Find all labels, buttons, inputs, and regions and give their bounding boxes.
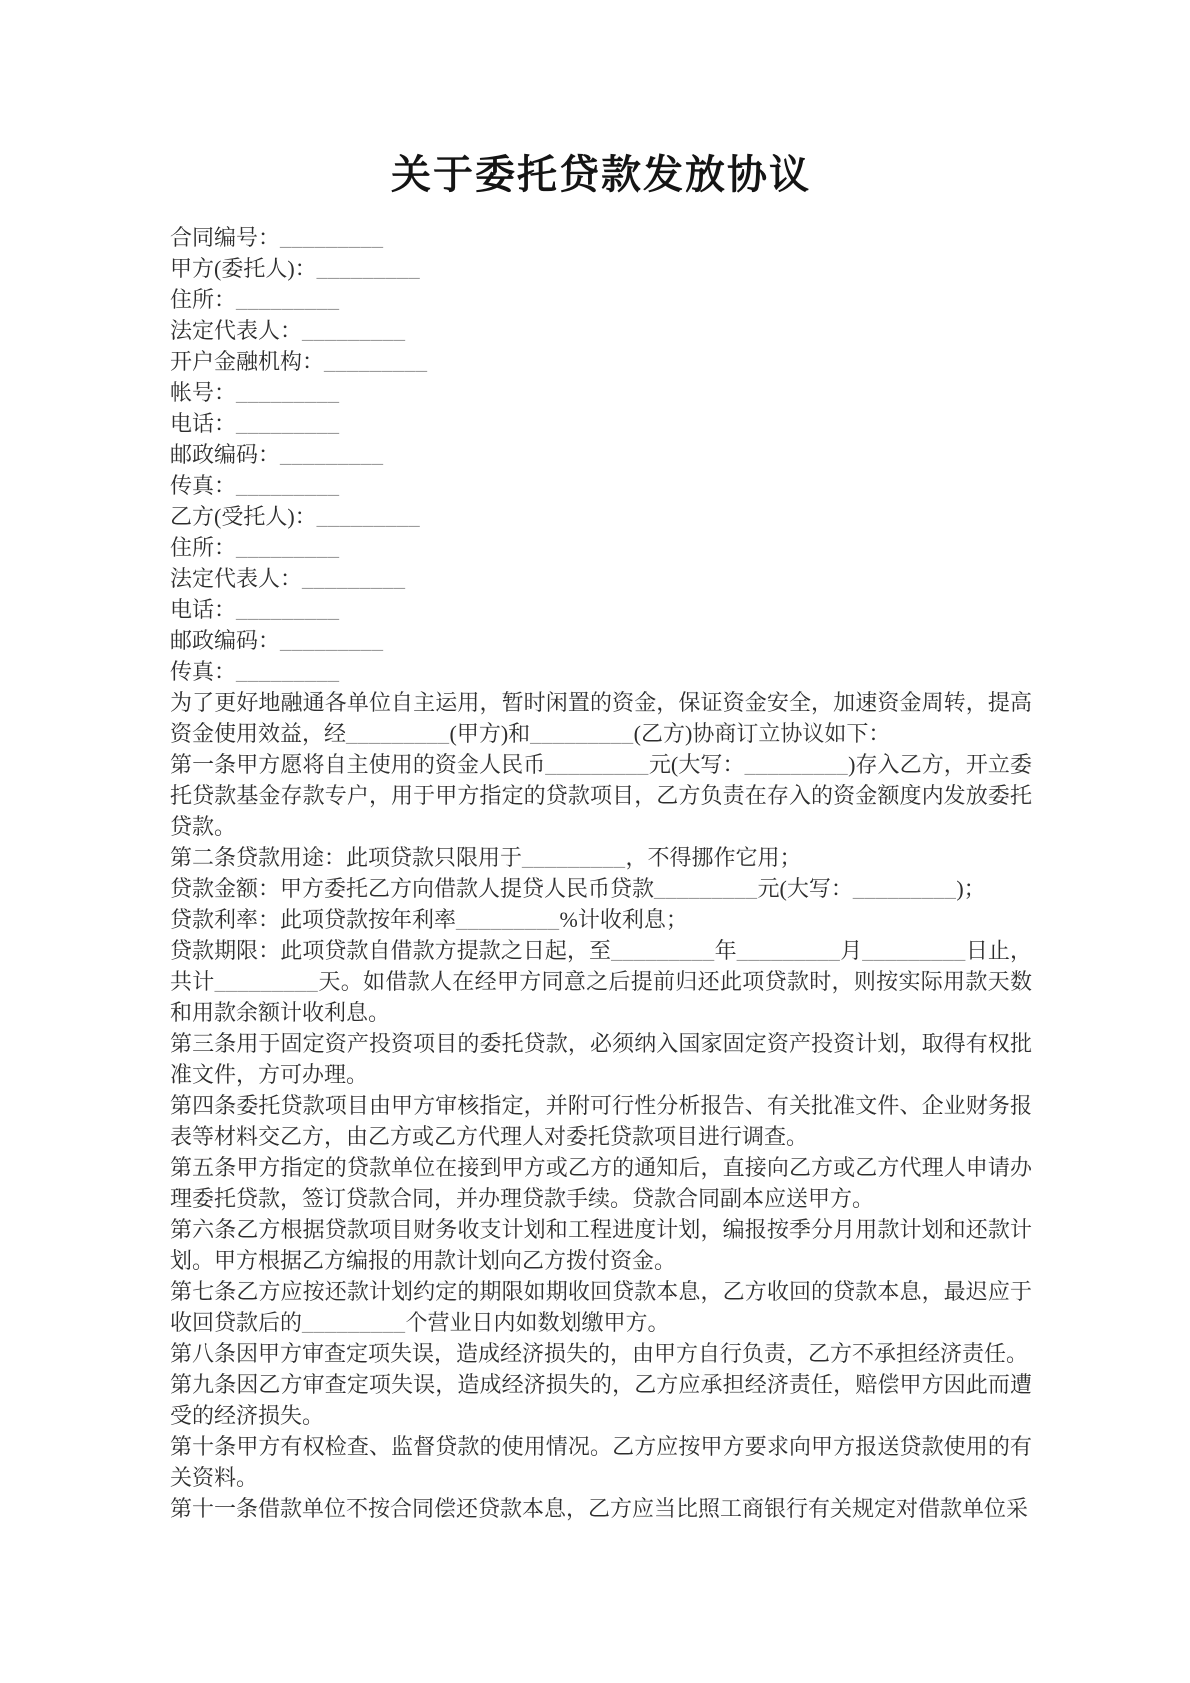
paragraphs-section: 为了更好地融通各单位自主运用，暂时闲置的资金，保证资金安全，加速资金周转，提高资… — [170, 687, 1032, 1524]
field-line: 法定代表人：_________ — [170, 563, 1032, 594]
field-label: 邮政编码： — [170, 628, 280, 653]
blank-line: _________ — [745, 752, 849, 777]
blank-line: _________ — [611, 938, 715, 963]
field-label: 住所： — [170, 535, 236, 560]
field-label: 法定代表人： — [170, 566, 302, 591]
blank-line: _________ — [654, 876, 758, 901]
paragraph-text: 第八条因甲方审查定项失误，造成经济损失的，由甲方自行负责，乙方不承担经济责任。 — [170, 1341, 1028, 1366]
paragraph: 第一条甲方愿将自主使用的资金人民币_________元(大写：_________… — [170, 749, 1032, 842]
blank-line: _________ — [280, 442, 384, 467]
paragraph: 为了更好地融通各单位自主运用，暂时闲置的资金，保证资金安全，加速资金周转，提高资… — [170, 687, 1032, 749]
field-label: 开户金融机构： — [170, 349, 324, 374]
field-label: 法定代表人： — [170, 318, 302, 343]
field-line: 住所：_________ — [170, 532, 1032, 563]
blank-line: _________ — [737, 938, 841, 963]
paragraph-text: 第五条甲方指定的贷款单位在接到甲方或乙方的通知后，直接向乙方或乙方代理人申请办理… — [170, 1155, 1032, 1211]
blank-line: _________ — [280, 628, 384, 653]
paragraph-text: 个营业日内如数划缴甲方。 — [406, 1310, 670, 1335]
blank-line: _________ — [215, 969, 319, 994]
document-title: 关于委托贷款发放协议 — [170, 150, 1032, 200]
field-label: 合同编号： — [170, 225, 280, 250]
document-content: 关于委托贷款发放协议 合同编号：_________甲方(委托人)：_______… — [0, 0, 1190, 1524]
paragraph-text: 第三条用于固定资产投资项目的委托贷款，必须纳入国家固定资产投资计划，取得有权批准… — [170, 1031, 1032, 1087]
blank-line: _________ — [236, 380, 340, 405]
blank-line: _________ — [236, 659, 340, 684]
paragraph: 第三条用于固定资产投资项目的委托贷款，必须纳入国家固定资产投资计划，取得有权批准… — [170, 1028, 1032, 1090]
field-label: 乙方(受托人)： — [170, 504, 317, 529]
paragraph-text: (乙方)协商订立协议如下： — [634, 721, 891, 746]
field-line: 邮政编码：_________ — [170, 625, 1032, 656]
field-label: 邮政编码： — [170, 442, 280, 467]
field-line: 传真：_________ — [170, 656, 1032, 687]
blank-line: _________ — [236, 411, 340, 436]
paragraph-text: 第二条贷款用途：此项贷款只限用于 — [170, 845, 522, 870]
field-label: 传真： — [170, 473, 236, 498]
blank-line: _________ — [317, 256, 421, 281]
blank-line: _________ — [302, 1310, 406, 1335]
field-line: 法定代表人：_________ — [170, 315, 1032, 346]
paragraph: 贷款金额：甲方委托乙方向借款人提贷人民币贷款_________元(大写：____… — [170, 873, 1032, 904]
paragraph-text: 年 — [715, 938, 737, 963]
field-label: 传真： — [170, 659, 236, 684]
field-line: 甲方(委托人)：_________ — [170, 253, 1032, 284]
field-line: 开户金融机构：_________ — [170, 346, 1032, 377]
paragraph-text: 元(大写： — [758, 876, 853, 901]
blank-line: _________ — [236, 597, 340, 622]
paragraph: 贷款期限：此项贷款自借款方提款之日起，至_________年_________月… — [170, 935, 1032, 1028]
paragraph-text: (甲方)和 — [450, 721, 531, 746]
paragraph-text: )； — [956, 876, 985, 901]
paragraph: 第七条乙方应按还款计划约定的期限如期收回贷款本息，乙方收回的贷款本息，最迟应于收… — [170, 1276, 1032, 1338]
field-line: 乙方(受托人)：_________ — [170, 501, 1032, 532]
fields-section: 合同编号：_________甲方(委托人)：_________住所：______… — [170, 222, 1032, 687]
paragraph: 第八条因甲方审查定项失误，造成经济损失的，由甲方自行负责，乙方不承担经济责任。 — [170, 1338, 1032, 1369]
field-label: 住所： — [170, 287, 236, 312]
paragraph-text: %计收利息； — [560, 907, 688, 932]
paragraph-text: 第九条因乙方审查定项失误，造成经济损失的，乙方应承担经济责任，赔偿甲方因此而遭受… — [170, 1372, 1032, 1428]
field-line: 住所：_________ — [170, 284, 1032, 315]
paragraph-text: 第一条甲方愿将自主使用的资金人民币 — [170, 752, 545, 777]
paragraph-text: 贷款金额：甲方委托乙方向借款人提贷人民币贷款 — [170, 876, 654, 901]
blank-line: _________ — [280, 225, 384, 250]
blank-line: _________ — [236, 473, 340, 498]
paragraph: 第九条因乙方审查定项失误，造成经济损失的，乙方应承担经济责任，赔偿甲方因此而遭受… — [170, 1369, 1032, 1431]
field-line: 电话：_________ — [170, 408, 1032, 439]
blank-line: _________ — [236, 535, 340, 560]
blank-line: _________ — [302, 318, 406, 343]
paragraph-text: 贷款期限：此项贷款自借款方提款之日起，至 — [170, 938, 611, 963]
field-line: 帐号：_________ — [170, 377, 1032, 408]
paragraph: 第四条委托贷款项目由甲方审核指定，并附可行性分析报告、有关批准文件、企业财务报表… — [170, 1090, 1032, 1152]
paragraph: 第五条甲方指定的贷款单位在接到甲方或乙方的通知后，直接向乙方或乙方代理人申请办理… — [170, 1152, 1032, 1214]
paragraph-text: 第六条乙方根据贷款项目财务收支计划和工程进度计划，编报按季分月用款计划和还款计划… — [170, 1217, 1032, 1273]
blank-line: _________ — [346, 721, 450, 746]
blank-line: _________ — [853, 876, 957, 901]
paragraph: 第十一条借款单位不按合同偿还贷款本息，乙方应当比照工商银行有关规定对借款单位采 — [170, 1493, 1032, 1524]
blank-line: _________ — [545, 752, 649, 777]
paragraph-text: 第十条甲方有权检查、监督贷款的使用情况。乙方应按甲方要求向甲方报送贷款使用的有关… — [170, 1434, 1032, 1490]
blank-line: _________ — [317, 504, 421, 529]
blank-line: _________ — [522, 845, 626, 870]
field-line: 合同编号：_________ — [170, 222, 1032, 253]
field-line: 电话：_________ — [170, 594, 1032, 625]
paragraph-text: 贷款利率：此项贷款按年利率 — [170, 907, 456, 932]
blank-line: _________ — [236, 287, 340, 312]
blank-line: _________ — [530, 721, 634, 746]
blank-line: _________ — [862, 938, 966, 963]
paragraph-text: 元(大写： — [649, 752, 745, 777]
paragraph: 第二条贷款用途：此项贷款只限用于_________，不得挪作它用； — [170, 842, 1032, 873]
blank-line: _________ — [324, 349, 428, 374]
field-label: 电话： — [170, 411, 236, 436]
paragraph: 第六条乙方根据贷款项目财务收支计划和工程进度计划，编报按季分月用款计划和还款计划… — [170, 1214, 1032, 1276]
paragraph: 第十条甲方有权检查、监督贷款的使用情况。乙方应按甲方要求向甲方报送贷款使用的有关… — [170, 1431, 1032, 1493]
blank-line: _________ — [302, 566, 406, 591]
paragraph-text: 月 — [840, 938, 862, 963]
paragraph-text: ，不得挪作它用； — [626, 845, 802, 870]
field-label: 电话： — [170, 597, 236, 622]
paragraph-text: 第四条委托贷款项目由甲方审核指定，并附可行性分析报告、有关批准文件、企业财务报表… — [170, 1093, 1032, 1149]
field-line: 邮政编码：_________ — [170, 439, 1032, 470]
paragraph: 贷款利率：此项贷款按年利率_________%计收利息； — [170, 904, 1032, 935]
document-page: 关于委托贷款发放协议 合同编号：_________甲方(委托人)：_______… — [0, 0, 1190, 1683]
field-label: 甲方(委托人)： — [170, 256, 317, 281]
paragraph-text: 第十一条借款单位不按合同偿还贷款本息，乙方应当比照工商银行有关规定对借款单位采 — [170, 1496, 1028, 1521]
blank-line: _________ — [456, 907, 560, 932]
field-label: 帐号： — [170, 380, 236, 405]
field-line: 传真：_________ — [170, 470, 1032, 501]
